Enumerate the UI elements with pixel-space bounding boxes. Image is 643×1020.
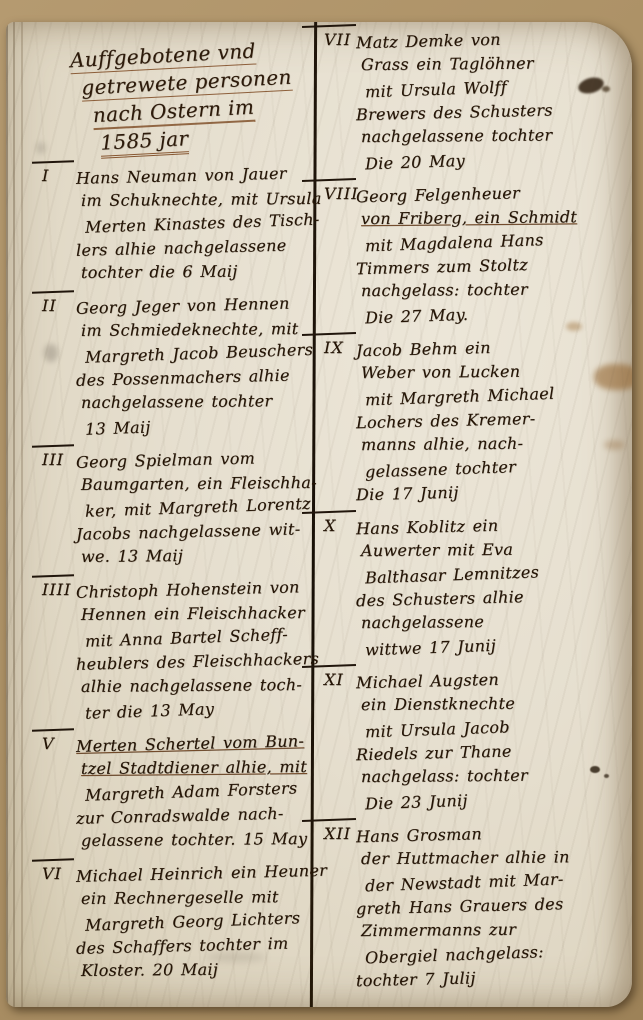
entry-text-line: we. 13 Maij bbox=[81, 543, 313, 569]
register-heading: Auffgebotene vnd getrewete personen nach… bbox=[69, 34, 311, 158]
entry-text-line: tochter 7 Julij bbox=[356, 963, 625, 994]
entry-text: Christoph Hohenstein vonHennen ein Fleis… bbox=[76, 578, 308, 722]
entry-roman-numeral: VI bbox=[42, 864, 62, 883]
register-entry: V Merten Schertel vom Bun-tzel Stadtdien… bbox=[42, 732, 308, 852]
entry-text: Hans Grosmander Huttmacher alhie inder N… bbox=[356, 822, 624, 990]
entry-text: Georg Spielman vomBaumgarten, ein Fleisc… bbox=[76, 448, 308, 568]
entry-text: Hans Koblitz einAuwerter mit EvaBalthasa… bbox=[356, 514, 624, 658]
left-column: Auffgebotene vnd getrewete personen nach… bbox=[42, 34, 308, 992]
left-column-entries: I Hans Neuman von Jauerim Schuknechte, m… bbox=[42, 164, 308, 982]
entry-roman-numeral: V bbox=[42, 734, 55, 753]
right-column: VII Matz Demke vonGrass ein Taglöhnermit… bbox=[324, 28, 624, 1000]
register-entry: I Hans Neuman von Jauerim Schuknechte, m… bbox=[42, 164, 308, 284]
entry-roman-numeral: XI bbox=[324, 670, 344, 689]
entry-text-line: Die 17 Junij bbox=[356, 477, 625, 508]
register-entry: X Hans Koblitz einAuwerter mit EvaBaltha… bbox=[324, 514, 624, 658]
entry-roman-numeral: I bbox=[42, 166, 49, 185]
register-entry: III Georg Spielman vomBaumgarten, ein Fl… bbox=[42, 448, 308, 568]
entry-text-line: gelassene tochter. 15 May bbox=[81, 827, 313, 853]
register-entry: XI Michael Augstenein Dienstknechtemit U… bbox=[324, 668, 624, 812]
manuscript-photo: Auffgebotene vnd getrewete personen nach… bbox=[0, 0, 643, 1020]
register-entry: XII Hans Grosmander Huttmacher alhie ind… bbox=[324, 822, 624, 990]
entry-text-line: tochter die 6 Maij bbox=[81, 259, 313, 285]
entry-roman-numeral: III bbox=[42, 450, 64, 469]
entry-text: Jacob Behm einWeber von Luckenmit Margre… bbox=[356, 336, 624, 504]
entry-text: Hans Neuman von Jauerim Schuknechte, mit… bbox=[76, 164, 308, 284]
entry-text: Georg Jeger von Hennenim Schmiedeknechte… bbox=[76, 294, 308, 438]
entry-text-line: Kloster. 20 Maij bbox=[81, 957, 313, 983]
entry-text: Merten Schertel vom Bun-tzel Stadtdiener… bbox=[76, 732, 308, 852]
manuscript-page: Auffgebotene vnd getrewete personen nach… bbox=[6, 22, 632, 1007]
entry-text: Michael Augstenein Dienstknechtemit Ursu… bbox=[356, 668, 624, 812]
register-entry: VII Matz Demke vonGrass ein Taglöhnermit… bbox=[324, 28, 624, 172]
entry-roman-numeral: XII bbox=[324, 824, 351, 843]
entry-roman-numeral: IX bbox=[324, 338, 344, 357]
register-entry: IX Jacob Behm einWeber von Luckenmit Mar… bbox=[324, 336, 624, 504]
entry-roman-numeral: VII bbox=[324, 30, 351, 49]
entry-roman-numeral: X bbox=[324, 516, 336, 535]
entry-roman-numeral: VIII bbox=[324, 184, 359, 203]
entry-text: Georg Felgenheuervon Friberg, ein Schmid… bbox=[356, 182, 624, 326]
entry-text: Michael Heinrich ein Heunerein Rechnerge… bbox=[76, 862, 308, 982]
entry-text: Matz Demke vonGrass ein Taglöhnermit Urs… bbox=[356, 28, 624, 172]
register-entry: IIII Christoph Hohenstein vonHennen ein … bbox=[42, 578, 308, 722]
register-entry: VIII Georg Felgenheuervon Friberg, ein S… bbox=[324, 182, 624, 326]
right-column-entries: VII Matz Demke vonGrass ein Taglöhnermit… bbox=[324, 28, 624, 990]
entry-roman-numeral: II bbox=[42, 296, 57, 315]
entry-roman-numeral: IIII bbox=[42, 580, 71, 599]
register-entry: II Georg Jeger von Hennenim Schmiedeknec… bbox=[42, 294, 308, 438]
register-entry: VI Michael Heinrich ein Heunerein Rechne… bbox=[42, 862, 308, 982]
heading-year: 1585 jar bbox=[100, 126, 190, 159]
